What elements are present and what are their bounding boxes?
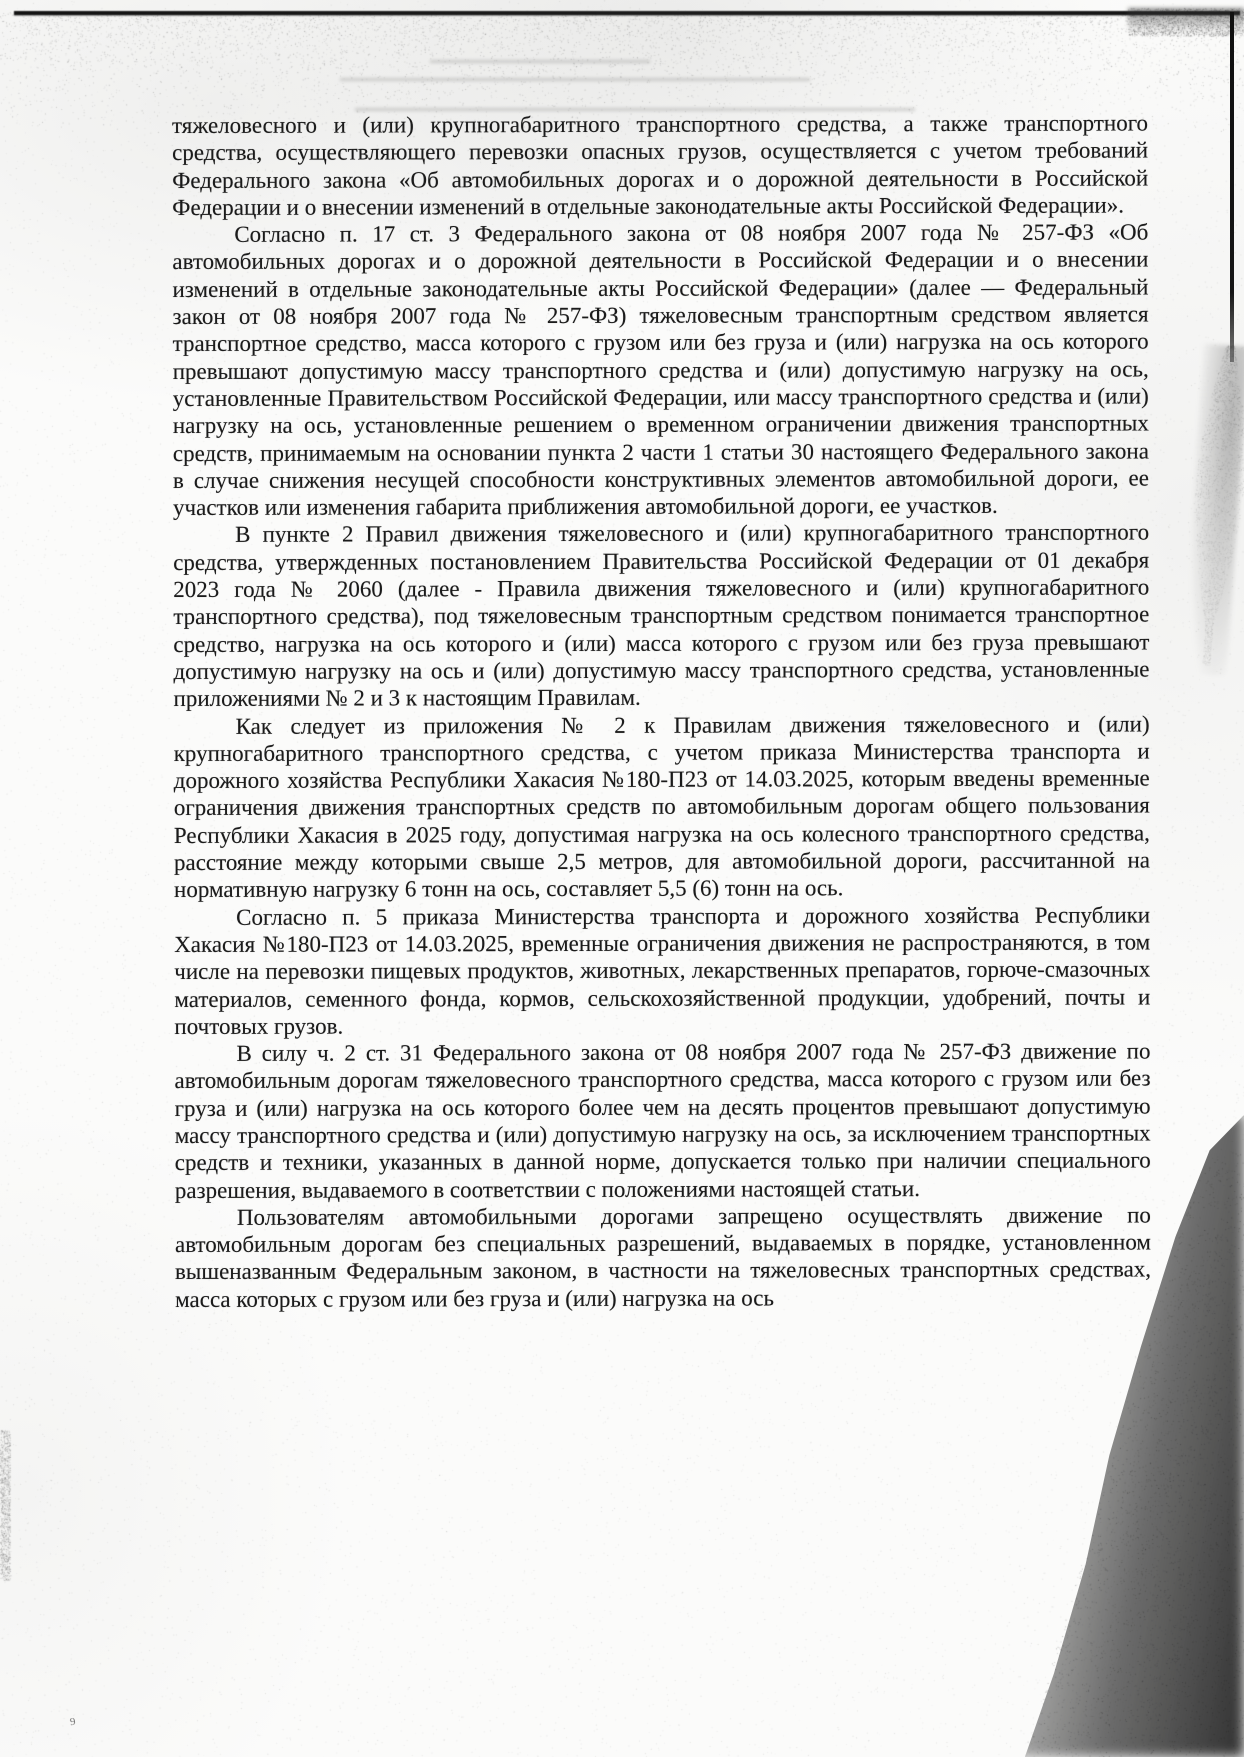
paragraph-annex2-limits: Как следует из приложения № 2 к Правилам… [174,710,1150,904]
corner-smudge-mark: 9 [69,1716,76,1729]
document-text: тяжеловесного и (или) крупногабаритного … [172,109,1151,1313]
faint-smudge-line [430,60,650,63]
scan-right-edge-fade [1181,344,1244,676]
scan-top-right-blotch [1128,8,1244,34]
faint-smudge-line [340,78,810,81]
paragraph-continuation: тяжеловесного и (или) крупногабаритного … [172,109,1148,221]
document-page: тяжеловесного и (или) крупногабаритного … [0,0,1244,1757]
scan-top-edge-line [14,11,1240,15]
paragraph-fz257-art31: В силу ч. 2 ст. 31 Федерального закона о… [174,1038,1150,1204]
paragraph-users-prohibition: Пользователям автомобильными дорогами за… [175,1201,1151,1313]
paragraph-rules-p2: В пункте 2 Правил движения тяжеловесного… [173,519,1149,713]
scan-right-edge-line [1230,12,1234,362]
paragraph-order-p5-exemptions: Согласно п. 5 приказа Министерства транс… [174,901,1150,1040]
paragraph-fz257-definition: Согласно п. 17 ст. 3 Федерального закона… [172,219,1149,522]
